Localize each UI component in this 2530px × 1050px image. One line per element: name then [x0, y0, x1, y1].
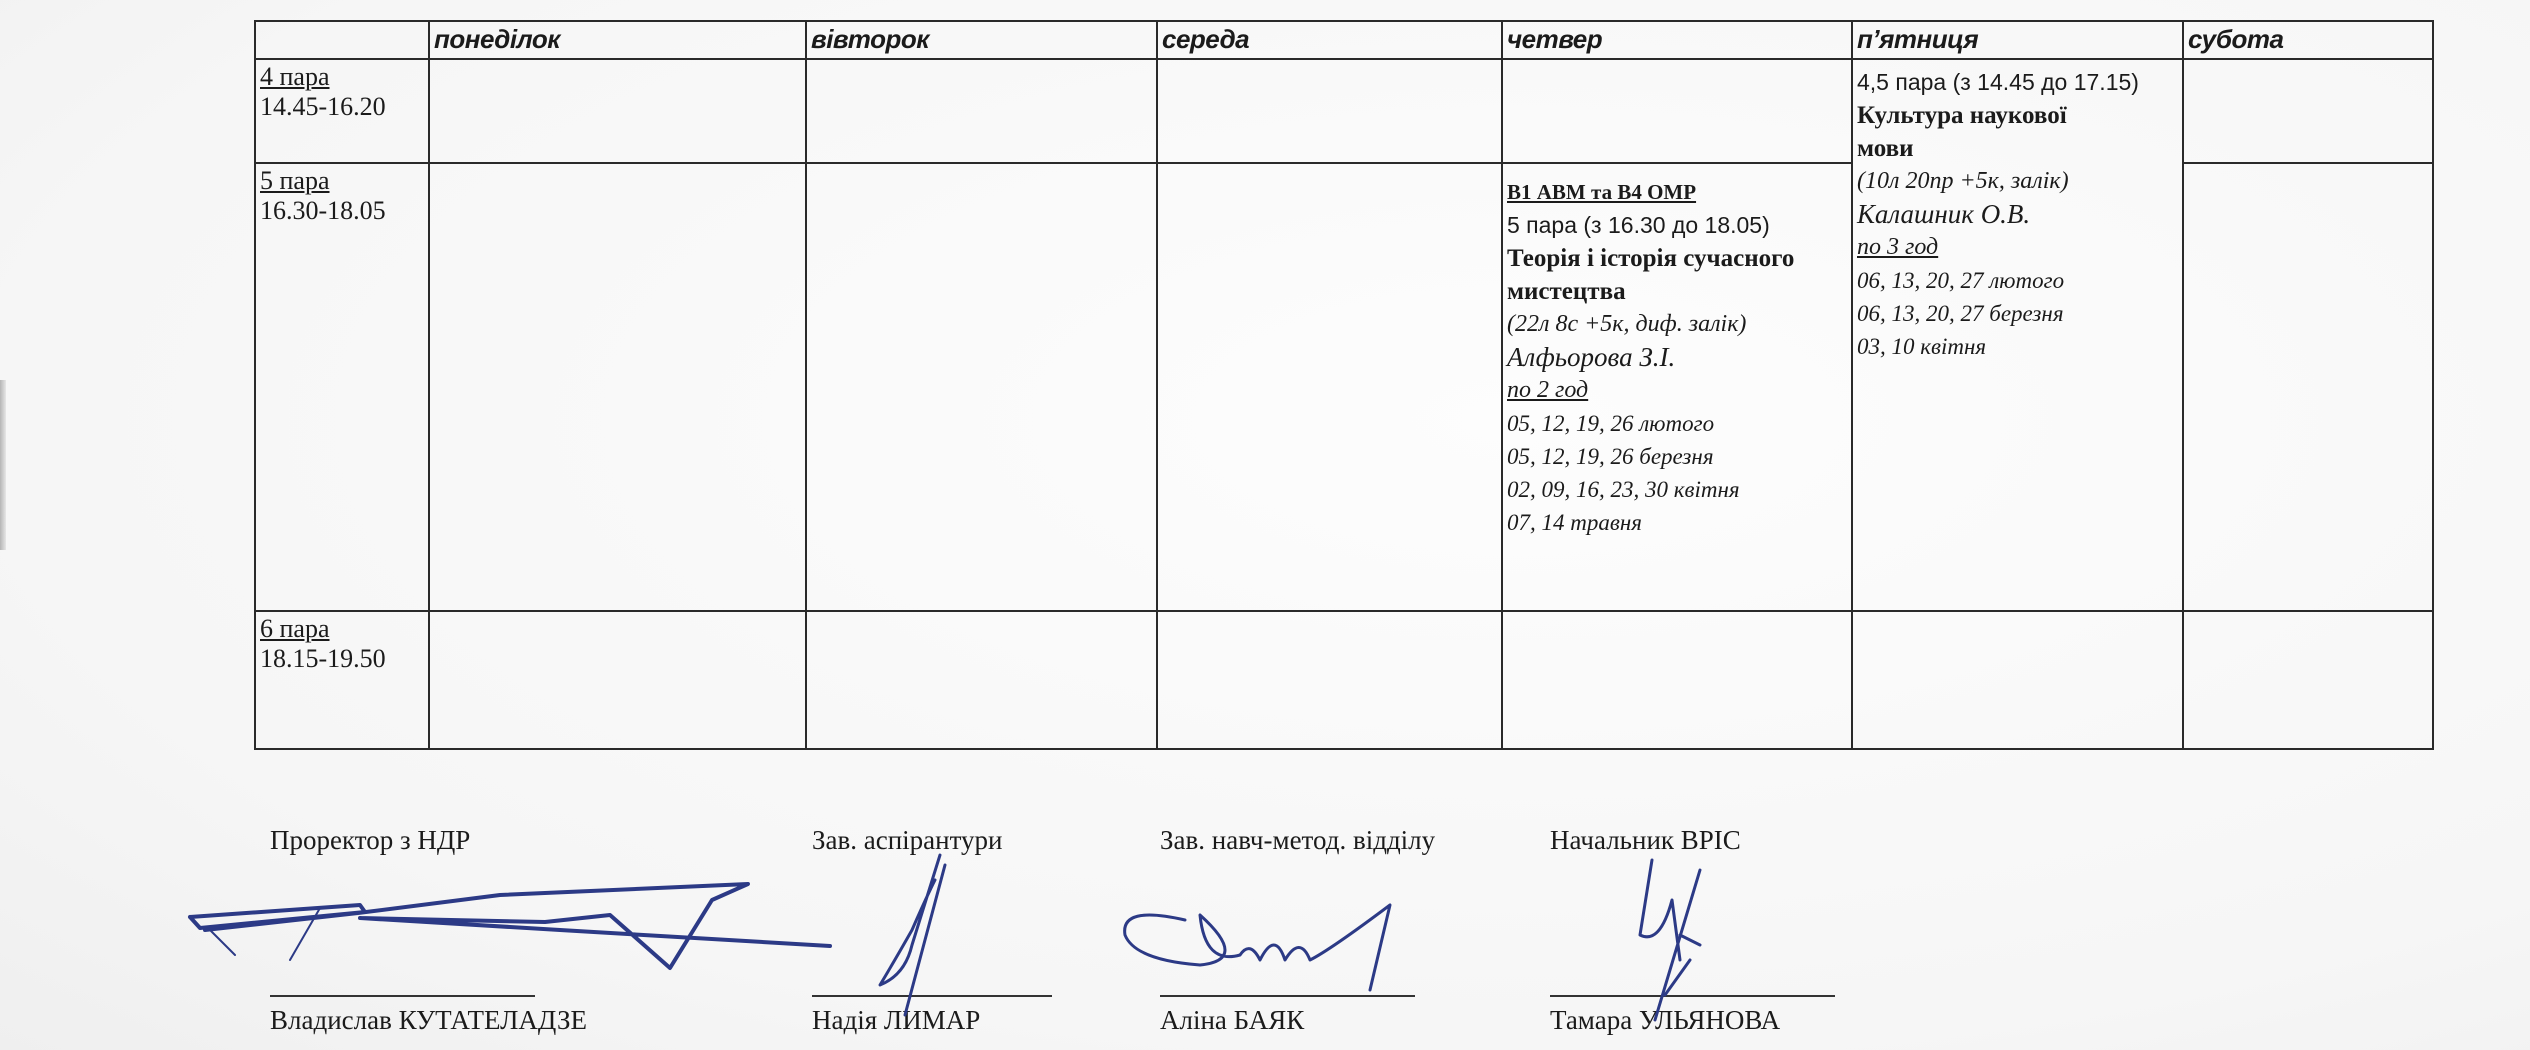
class-groups: В1 АВМ та В4 ОМР: [1507, 176, 1847, 209]
cell-empty: [806, 611, 1157, 749]
cell-empty: [1157, 163, 1502, 611]
date-line: 05, 12, 19, 26 лютого: [1507, 407, 1847, 440]
pair-name: 6 пара: [260, 614, 424, 644]
thursday-class-cell: В1 АВМ та В4 ОМР 5 пара (з 16.30 до 18.0…: [1502, 163, 1852, 611]
cell-empty: [429, 611, 806, 749]
signer-title: Проректор з НДР: [270, 825, 470, 856]
per-session: по 3 год: [1857, 231, 2178, 264]
cell-empty: [806, 59, 1157, 163]
signer-title: Начальник ВРІС: [1550, 825, 1741, 856]
signer-name: Надія ЛИМАР: [812, 1005, 980, 1036]
date-line: 07, 14 травня: [1507, 506, 1847, 539]
cell-empty: [806, 163, 1157, 611]
teacher-name: Алфьорова З.І.: [1507, 341, 1847, 374]
date-line: 02, 09, 16, 23, 30 квітня: [1507, 473, 1847, 506]
signature-line: [1160, 995, 1415, 997]
pair-cell: 4 пара 14.45-16.20: [255, 59, 429, 163]
schedule-table: понеділок вівторок середа четвер п’ятниц…: [254, 20, 2434, 750]
signer-name: Владислав КУТАТЕЛАДЗЕ: [270, 1005, 587, 1036]
signer-name: Аліна БАЯК: [1160, 1005, 1304, 1036]
signature-line: [812, 995, 1052, 997]
subject-line2: мови: [1857, 132, 2178, 165]
cell-empty: [1502, 59, 1852, 163]
date-line: 05, 12, 19, 26 березня: [1507, 440, 1847, 473]
date-line: 06, 13, 20, 27 березня: [1857, 297, 2178, 330]
header-monday: понеділок: [429, 21, 806, 59]
cell-empty: [1157, 611, 1502, 749]
pair-time: 16.30-18.05: [260, 196, 424, 226]
cell-empty: [1852, 611, 2183, 749]
class-slot: 4,5 пара (з 14.45 до 17.15): [1857, 66, 2178, 99]
header-saturday: субота: [2183, 21, 2433, 59]
header-corner: [255, 21, 429, 59]
signer-name: Тамара УЛЬЯНОВА: [1550, 1005, 1780, 1036]
header-tuesday: вівторок: [806, 21, 1157, 59]
class-slot: 5 пара (з 16.30 до 18.05): [1507, 209, 1847, 242]
table-header-row: понеділок вівторок середа четвер п’ятниц…: [255, 21, 2433, 59]
per-session: по 2 год: [1507, 374, 1847, 407]
cell-empty: [1157, 59, 1502, 163]
table-row: 6 пара 18.15-19.50: [255, 611, 2433, 749]
header-thursday: четвер: [1502, 21, 1852, 59]
pair-name: 4 пара: [260, 62, 424, 92]
pair-time: 18.15-19.50: [260, 644, 424, 674]
cell-empty: [1502, 611, 1852, 749]
subject-line2: мистецтва: [1507, 275, 1847, 308]
hours-meta: (10л 20пр +5к, залік): [1857, 165, 2178, 198]
signature-line: [1550, 995, 1835, 997]
cell-empty: [2183, 611, 2433, 749]
pair-cell: 6 пара 18.15-19.50: [255, 611, 429, 749]
table-row: 4 пара 14.45-16.20 4,5 пара (з 14.45 до …: [255, 59, 2433, 163]
subject-line1: Теорія і історія сучасного: [1507, 242, 1847, 275]
cell-empty: [429, 59, 806, 163]
date-line: 03, 10 квітня: [1857, 330, 2178, 363]
signature-line: [270, 995, 535, 997]
cell-empty: [2183, 59, 2433, 163]
header-wednesday: середа: [1157, 21, 1502, 59]
hours-meta: (22л 8с +5к, диф. залік): [1507, 308, 1847, 341]
signer-title: Зав. аспірантури: [812, 825, 1003, 856]
date-line: 06, 13, 20, 27 лютого: [1857, 264, 2178, 297]
pair-cell: 5 пара 16.30-18.05: [255, 163, 429, 611]
cell-empty: [2183, 163, 2433, 611]
pair-time: 14.45-16.20: [260, 92, 424, 122]
signer-title: Зав. навч-метод. відділу: [1160, 825, 1435, 856]
teacher-name: Калашник О.В.: [1857, 198, 2178, 231]
scan-edge-shadow: [0, 380, 6, 550]
subject-line1: Культура наукової: [1857, 99, 2178, 132]
pair-name: 5 пара: [260, 166, 424, 196]
header-friday: п’ятниця: [1852, 21, 2183, 59]
cell-empty: [429, 163, 806, 611]
friday-class-cell: 4,5 пара (з 14.45 до 17.15) Культура нау…: [1852, 59, 2183, 611]
